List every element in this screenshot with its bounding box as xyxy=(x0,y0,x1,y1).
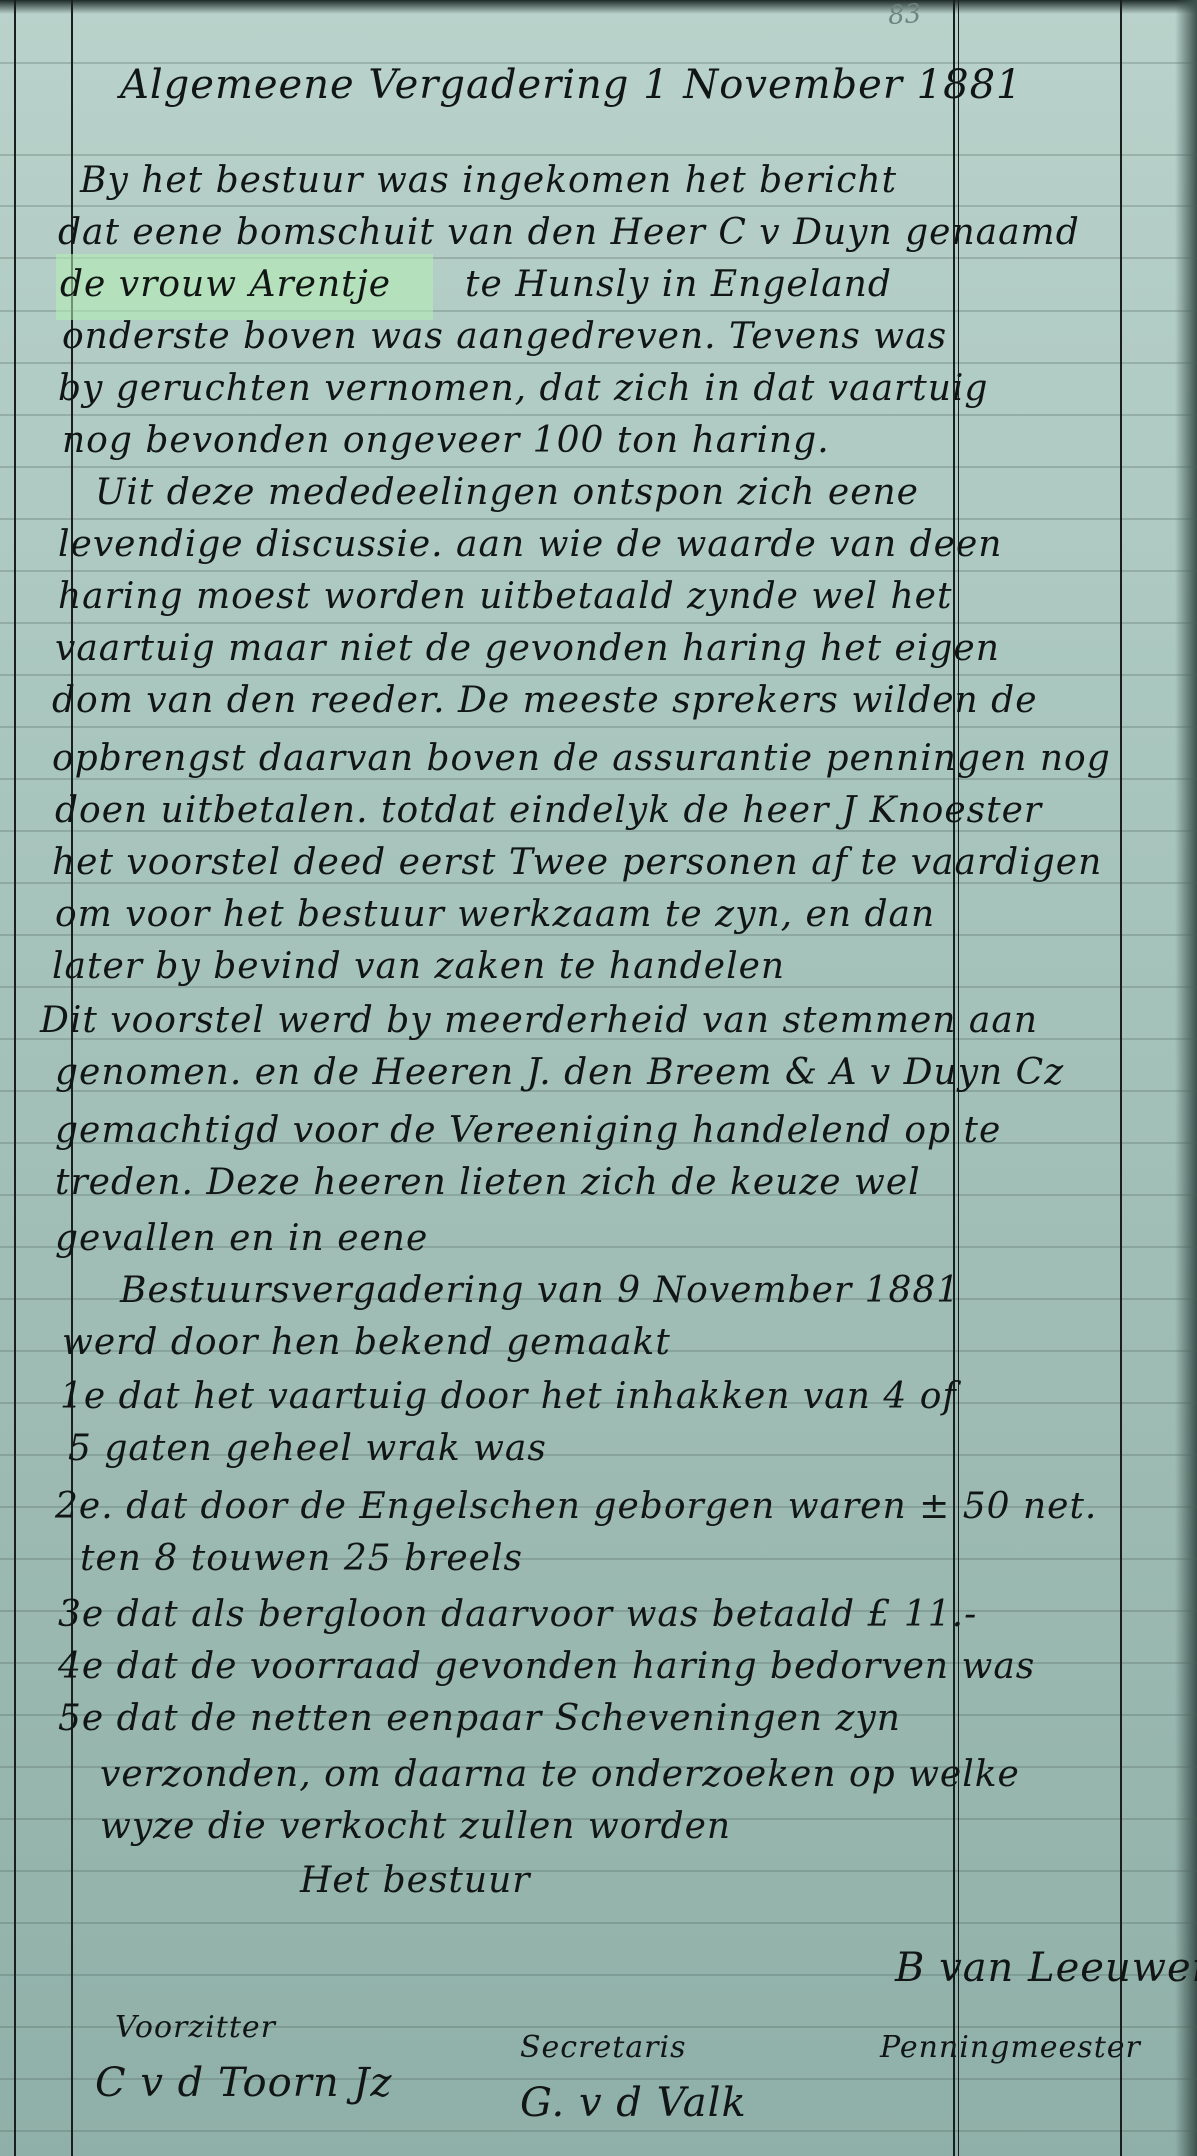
text-line: haring moest worden uitbetaald zynde wel… xyxy=(58,576,952,617)
text-line: dom van den reeder. De meeste sprekers w… xyxy=(52,680,1038,721)
margin-line-outer xyxy=(14,0,16,2156)
ruled-line xyxy=(0,622,1197,624)
ruled-line xyxy=(0,518,1197,520)
text-line: genomen. en de Heeren J. den Breem & A v… xyxy=(55,1052,1064,1093)
ruled-line xyxy=(0,1870,1197,1872)
signature-label-secretaris: Secretaris xyxy=(520,2030,686,2065)
ruled-line xyxy=(0,2130,1197,2132)
page-number: 83 xyxy=(887,0,922,31)
text-line: het voorstel deed eerst Twee personen af… xyxy=(52,842,1102,883)
text-line: Uit deze mededeelingen ontspon zich eene xyxy=(95,472,919,513)
signature-penningmeester: B van Leeuwen xyxy=(895,1945,1197,1991)
text-line: opbrengst daarvan boven de assurantie pe… xyxy=(52,738,1111,779)
text-line: werd door hen bekend gemaakt xyxy=(62,1322,671,1363)
text-line: gemachtigd voor de Vereeniging handelend… xyxy=(55,1110,1001,1151)
text-line: onderste boven was aangedreven. Tevens w… xyxy=(62,316,947,357)
text-line: nog bevonden ongeveer 100 ton haring. xyxy=(62,420,830,461)
list-item: 3e dat als bergloon daarvoor was betaald… xyxy=(58,1594,977,1635)
minutes-title: Algemeene Vergadering 1 November 1881 xyxy=(120,62,1022,108)
text-line: dat eene bomschuit van den Heer C v Duyn… xyxy=(58,212,1080,253)
list-item-continued: verzonden, om daarna te onderzoeken op w… xyxy=(100,1754,1020,1795)
text-line: levendige discussie. aan wie de waarde v… xyxy=(58,524,1002,565)
ledger-page: 83 Algemeene Vergadering 1 November 1881… xyxy=(0,0,1197,2156)
text-line: By het bestuur was ingekomen het bericht xyxy=(80,160,897,201)
ruled-line xyxy=(0,414,1197,416)
list-item-continued: 5 gaten geheel wrak was xyxy=(68,1428,547,1469)
column-line-right xyxy=(1120,0,1122,2156)
ruled-line xyxy=(0,674,1197,676)
signature-label-penningmeester: Penningmeester xyxy=(880,2030,1141,2065)
list-item-continued: ten 8 touwen 25 breels xyxy=(80,1538,523,1579)
scan-right-edge xyxy=(1175,0,1197,2156)
text-line: by geruchten vernomen, dat zich in dat v… xyxy=(58,368,988,409)
text-line: om voor het bestuur werkzaam te zyn, en … xyxy=(55,894,935,935)
signature-secretaris: G. v d Valk xyxy=(520,2080,747,2126)
text-line: later by bevind van zaken te handelen xyxy=(52,946,785,987)
list-item: 4e dat de voorraad gevonden haring bedor… xyxy=(58,1646,1035,1687)
text-line: doen uitbetalen. totdat eindelyk de heer… xyxy=(55,790,1042,831)
text-line: Dit voorstel werd by meerderheid van ste… xyxy=(40,1000,1038,1041)
text-line: te Hunsly in Engeland xyxy=(465,264,892,305)
scan-top-edge xyxy=(0,0,1197,14)
list-item-continued: wyze die verkocht zullen worden xyxy=(100,1806,731,1847)
list-item: 1e dat het vaartuig door het inhakken va… xyxy=(60,1376,957,1417)
text-line: treden. Deze heeren lieten zich de keuze… xyxy=(55,1162,921,1203)
section-heading: Bestuursvergadering van 9 November 1881 xyxy=(120,1270,960,1311)
ruled-line xyxy=(0,726,1197,728)
ruled-line xyxy=(0,154,1197,156)
ruled-line xyxy=(0,1922,1197,1924)
ruled-line xyxy=(0,205,1197,207)
ruled-line xyxy=(0,570,1197,572)
list-item: 5e dat de netten eenpaar Scheveningen zy… xyxy=(58,1698,901,1739)
text-line: gevallen en in eene xyxy=(55,1218,428,1259)
signature-label-voorzitter: Voorzitter xyxy=(115,2010,276,2045)
ruled-line xyxy=(0,362,1197,364)
ruled-line xyxy=(0,466,1197,468)
closing-line: Het bestuur xyxy=(300,1860,530,1901)
signature-voorzitter: C v d Toorn Jz xyxy=(95,2060,392,2106)
text-line: vaartuig maar niet de gevonden haring he… xyxy=(55,628,1000,669)
list-item: 2e. dat door de Engelschen geborgen ware… xyxy=(55,1486,1097,1527)
